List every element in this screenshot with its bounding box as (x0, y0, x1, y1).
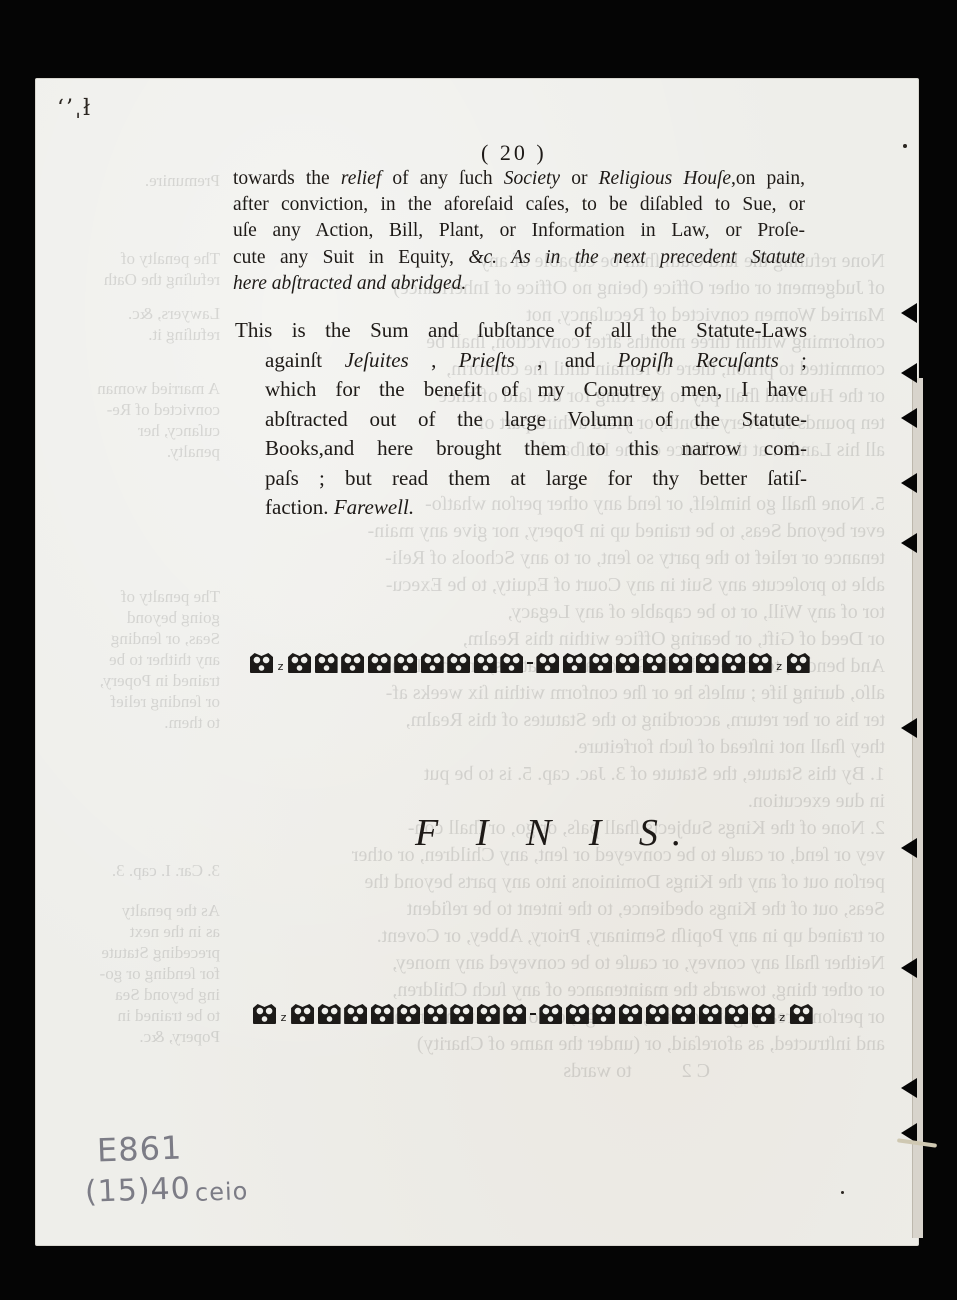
text-span: of any ſuch (381, 168, 504, 189)
text-span: towards the (233, 168, 341, 189)
fleuron-icon (253, 1004, 276, 1024)
pencil-shelfmark: (15)40 (84, 1171, 191, 1210)
ornament-separator: z (778, 1011, 786, 1024)
show-through-margin-note: As the penalty as in the next preceding … (90, 900, 220, 1047)
text-span: , and (515, 348, 618, 372)
fleuron-icon (699, 1004, 722, 1024)
edge-tear (901, 718, 917, 738)
fleuron-icon (749, 653, 772, 673)
ornament-dash (527, 662, 533, 664)
edge-tear (901, 473, 917, 493)
fleuron-icon (394, 653, 417, 673)
fleuron-icon (371, 1004, 394, 1024)
edge-tear (901, 1078, 917, 1098)
fleuron-icon (672, 1004, 695, 1024)
show-through-margin-note: Lawyers, &c. refuſing it. (90, 303, 220, 345)
show-through-margin-note: The penalty of going beyond Seas, or ſen… (90, 586, 220, 733)
fleuron-icon (424, 1004, 447, 1024)
text-line: here abſtracted and abridged. (233, 271, 805, 297)
fleuron-icon (344, 1004, 367, 1024)
text-span: faction. (265, 495, 334, 519)
ornament-separator: z (280, 1011, 288, 1024)
fleuron-icon (447, 653, 470, 673)
show-through-margin-note: 3. Car. I. cap. 3. (90, 860, 220, 881)
italic-span: Religious Houſe (599, 168, 731, 189)
text-span: cute any Suit in Equity, (233, 247, 468, 268)
italic-span: Jeſuites (345, 348, 409, 372)
fleuron-icon (619, 1004, 642, 1024)
fleuron-icon (592, 1004, 615, 1024)
fleuron-icon (752, 1004, 775, 1024)
text-line: againſt Jeſuites , Prieſts , and Popiſh … (265, 346, 807, 376)
text-line: paſs ; but read them at large for thy be… (265, 464, 807, 494)
italic-span: relief (341, 168, 381, 189)
fleuron-icon (643, 653, 666, 673)
edge-tear (901, 303, 917, 323)
document-page: None refuſing the laid Oath ſhall be cap… (35, 78, 919, 1246)
show-through-margin-note: Premunire. (90, 170, 220, 191)
italic-span: Farewell. (334, 495, 414, 519)
fleuron-icon (368, 653, 391, 673)
fleuron-icon (696, 653, 719, 673)
fleuron-icon (566, 1004, 589, 1024)
text-span: ,on pain, (731, 168, 805, 189)
italic-span: &c. As in the next precedent Statute (468, 247, 805, 268)
text-span: ; (779, 348, 807, 372)
fleuron-icon (787, 653, 810, 673)
paragraph-statute-continuation: towards the relief of any ſuch Society o… (233, 166, 805, 297)
fleuron-icon (646, 1004, 669, 1024)
text-line: cute any Suit in Equity, &c. As in the n… (233, 245, 805, 271)
edge-tear (901, 838, 917, 858)
edge-tear (901, 363, 917, 383)
text-line: faction. Farewell. (265, 493, 807, 523)
fleuron-icon (616, 653, 639, 673)
fleuron-icon (536, 653, 559, 673)
fleuron-icon (477, 1004, 500, 1024)
edge-tear (901, 408, 917, 428)
fleuron-icon (250, 653, 273, 673)
fleuron-icon (500, 653, 523, 673)
ornament-separator: z (277, 660, 285, 673)
show-through-margin-note: The penalty of refuſing the Oath (90, 248, 220, 290)
text-span: , (409, 348, 459, 372)
text-line: towards the relief of any ſuch Society o… (233, 166, 805, 192)
page-edge (912, 378, 923, 1238)
edge-tear (901, 533, 917, 553)
corner-mark: ‘’ˌł (57, 96, 92, 121)
fleuron-icon (318, 1004, 341, 1024)
fleuron-icon (291, 1004, 314, 1024)
fleuron-icon (315, 653, 338, 673)
fleuron-icon (539, 1004, 562, 1024)
ornament-rule-bottom: z z (253, 1003, 813, 1025)
finis-heading: F I N I S. (415, 811, 695, 855)
edge-tear (901, 958, 917, 978)
text-span: or (560, 168, 599, 189)
ink-speck (903, 144, 907, 148)
paragraph-summary: This is the Sum and ſubſtance of all the… (265, 316, 807, 523)
fleuron-icon (669, 653, 692, 673)
fleuron-icon (421, 653, 444, 673)
pencil-shelfmark: E861 (96, 1129, 183, 1170)
text-line: after conviction, in the aforeſaid caſes… (233, 192, 805, 218)
ink-speck (841, 1191, 844, 1194)
italic-span: Popiſh Recuſants (618, 348, 779, 372)
fleuron-icon (722, 653, 745, 673)
text-line: abſtracted out of the large Volumn of th… (265, 405, 807, 435)
fleuron-icon (503, 1004, 526, 1024)
ornament-separator: z (775, 660, 783, 673)
ornament-dash (530, 1013, 536, 1015)
fleuron-icon (725, 1004, 748, 1024)
fleuron-icon (589, 653, 612, 673)
text-line: This is the Sum and ſubſtance of all the… (235, 316, 807, 346)
text-line: which for the benefit of my Conutrey men… (265, 375, 807, 405)
fleuron-icon (563, 653, 586, 673)
fleuron-icon (474, 653, 497, 673)
fleuron-icon (288, 653, 311, 673)
ornament-rule-top: z z (250, 652, 810, 674)
page-number: ( 20 ) (481, 140, 547, 166)
fleuron-icon (790, 1004, 813, 1024)
text-span: againſt (265, 348, 345, 372)
italic-span: Prieſts (459, 348, 515, 372)
fleuron-icon (341, 653, 364, 673)
fleuron-icon (397, 1004, 420, 1024)
fleuron-icon (450, 1004, 473, 1024)
text-line: Books,and here brought them to this narr… (265, 434, 807, 464)
show-through-margin-note: A married woman convicted of Re- cuſancy… (90, 378, 220, 462)
pencil-shelfmark: ceio (195, 1177, 249, 1207)
italic-span: Society (504, 168, 560, 189)
text-line: uſe any Action, Bill, Plant, or Informat… (233, 218, 805, 244)
